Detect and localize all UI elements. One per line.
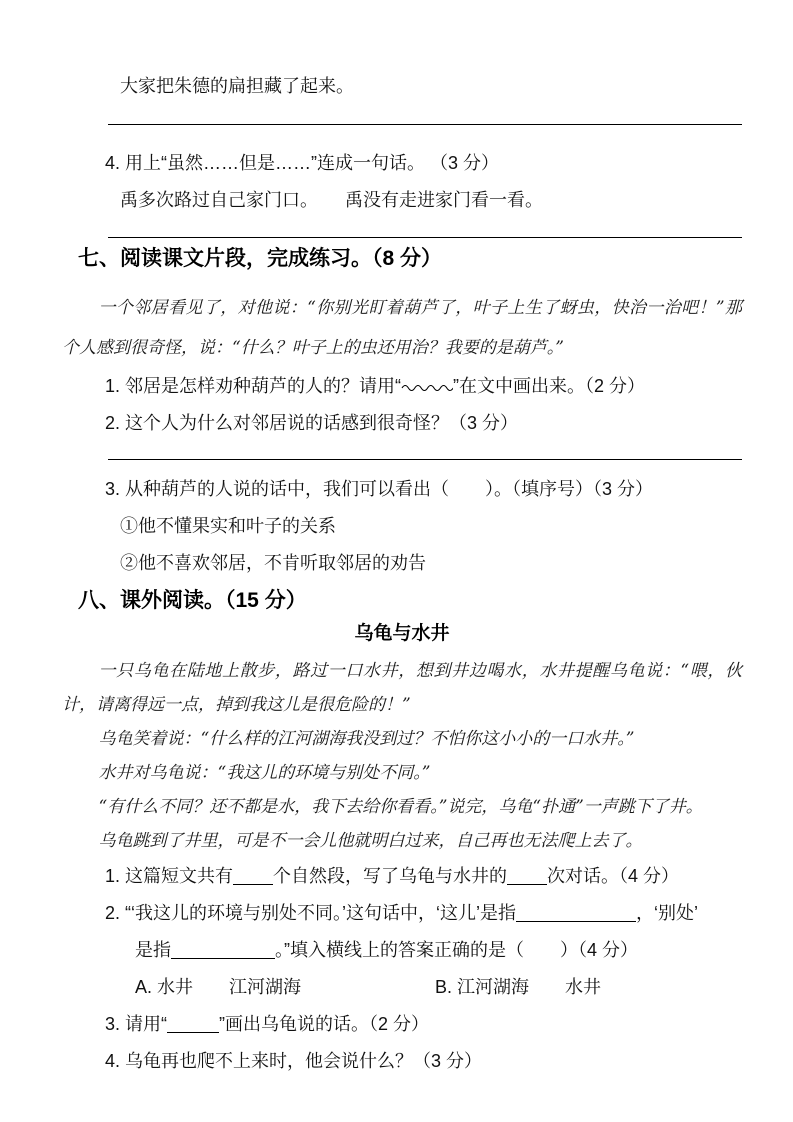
section-8-heading: 八、课外阅读。（15 分） — [62, 586, 742, 616]
section-7-question-2: 2. 这个人为什么对邻居说的话感到很奇怪？（3 分） — [62, 405, 742, 442]
s8-q2-option-a: A. 水井 江河湖海 — [135, 969, 435, 1006]
section-7-passage-text: 一个邻居看见了，对他说：“你别光盯着葫芦了，叶子上生了蚜虫，快治一治吧！”那个人… — [62, 288, 742, 368]
s7-q1-text-pre: 1. 邻居是怎样劝种葫芦的人的？请用“ — [105, 376, 401, 396]
s8-q3-text-post: ”画出乌龟说的话。（2 分） — [219, 1014, 429, 1034]
section-8-question-2-line2: 是指。”填入横线上的答案正确的是（ ）（4 分） — [62, 932, 742, 969]
section-7-question-3: 3. 从种葫芦的人说的话中，我们可以看出（ ）。（填序号）（3 分） — [62, 471, 742, 508]
s7-q3-option-2: ②他不喜欢邻居，不肯听取邻居的劝告 — [62, 545, 742, 582]
s7-q3-option-1: ①他不懂果实和叶子的关系 — [62, 508, 742, 545]
s8-q2-line2-pre: 是指 — [135, 940, 171, 960]
section-7-passage: 一个邻居看见了，对他说：“你别光盯着葫芦了，叶子上生了蚜虫，快治一治吧！”那个人… — [62, 288, 742, 368]
s8-q2-line2-post: 。”填入横线上的答案正确的是（ ）（4 分） — [275, 940, 638, 960]
s8-q2-text-post: ，‘别处’ — [636, 903, 698, 923]
fill-blank — [171, 945, 275, 959]
passage-paragraph: 一只乌龟在陆地上散步，路过一口水井，想到井边喝水，水井提醒乌龟说：“喂，伙计，请… — [62, 654, 742, 722]
previous-question-answer-sentence: 大家把朱德的扁担藏了起来。 — [62, 74, 742, 98]
section-8-question-2-line1: 2. “‘我这儿的环境与别处不同。’这句话中，‘这儿’是指，‘别处’ — [62, 895, 742, 932]
passage-paragraph: “有什么不同？还不都是水，我下去给你看看。”说完，乌龟“扑通”一声跳下了井。 — [62, 790, 742, 824]
answer-line — [108, 124, 742, 125]
passage-paragraph: 水井对乌龟说：“我这儿的环境与别处不同。” — [62, 756, 742, 790]
passage-paragraph: 乌龟笑着说：“什么样的江河湖海我没到过？不怕你这小小的一口水井。” — [62, 722, 742, 756]
section-8-question-1: 1. 这篇短文共有个自然段，写了乌龟与水井的次对话。（4 分） — [62, 858, 742, 895]
fill-blank — [516, 908, 636, 922]
section-8-question-3: 3. 请用“”画出乌龟说的话。（2 分） — [62, 1006, 742, 1043]
reading-title: 乌龟与水井 — [62, 620, 742, 648]
exam-content: 大家把朱德的扁担藏了起来。 4. 用上“虽然……但是……”连成一句话。 （3 分… — [0, 0, 793, 1080]
section-8-passage: 一只乌龟在陆地上散步，路过一口水井，想到井边喝水，水井提醒乌龟说：“喂，伙计，请… — [62, 654, 742, 858]
s8-q2-text-pre: 2. “‘我这儿的环境与别处不同。’这句话中，‘这儿’是指 — [105, 903, 516, 923]
s8-q1-text-pre: 1. 这篇短文共有 — [105, 866, 233, 886]
fill-blank — [507, 871, 547, 885]
s7-q1-text-post: ”在文中画出来。（2 分） — [453, 376, 645, 396]
s8-q1-text-post: 次对话。（4 分） — [547, 866, 679, 886]
answer-line — [108, 459, 742, 460]
s8-q2-option-b: B. 江河湖海 水井 — [435, 969, 601, 1006]
fill-blank — [167, 1019, 219, 1033]
answer-line — [108, 237, 742, 238]
section-7-question-1: 1. 邻居是怎样劝种葫芦的人的？请用“”在文中画出来。（2 分） — [62, 368, 742, 405]
section-7-heading: 七、阅读课文片段，完成练习。（8 分） — [62, 244, 742, 274]
exam-page: 大家把朱德的扁担藏了起来。 4. 用上“虽然……但是……”连成一句话。 （3 分… — [0, 0, 793, 1122]
question-4-material: 禹多次路过自己家门口。 禹没有走进家门看一看。 — [62, 182, 742, 219]
s8-q2-options: A. 水井 江河湖海 B. 江河湖海 水井 — [62, 969, 742, 1006]
s8-q1-text-mid: 个自然段，写了乌龟与水井的 — [273, 866, 507, 886]
question-4-label: 4. 用上“虽然……但是……”连成一句话。 （3 分） — [62, 145, 742, 182]
passage-paragraph: 乌龟跳到了井里，可是不一会儿他就明白过来，自己再也无法爬上去了。 — [62, 824, 742, 858]
section-8-question-4: 4. 乌龟再也爬不上来时，他会说什么？（3 分） — [62, 1043, 742, 1080]
fill-blank — [233, 871, 273, 885]
s8-q3-text-pre: 3. 请用“ — [105, 1014, 167, 1034]
wavy-line-mark — [401, 368, 453, 405]
